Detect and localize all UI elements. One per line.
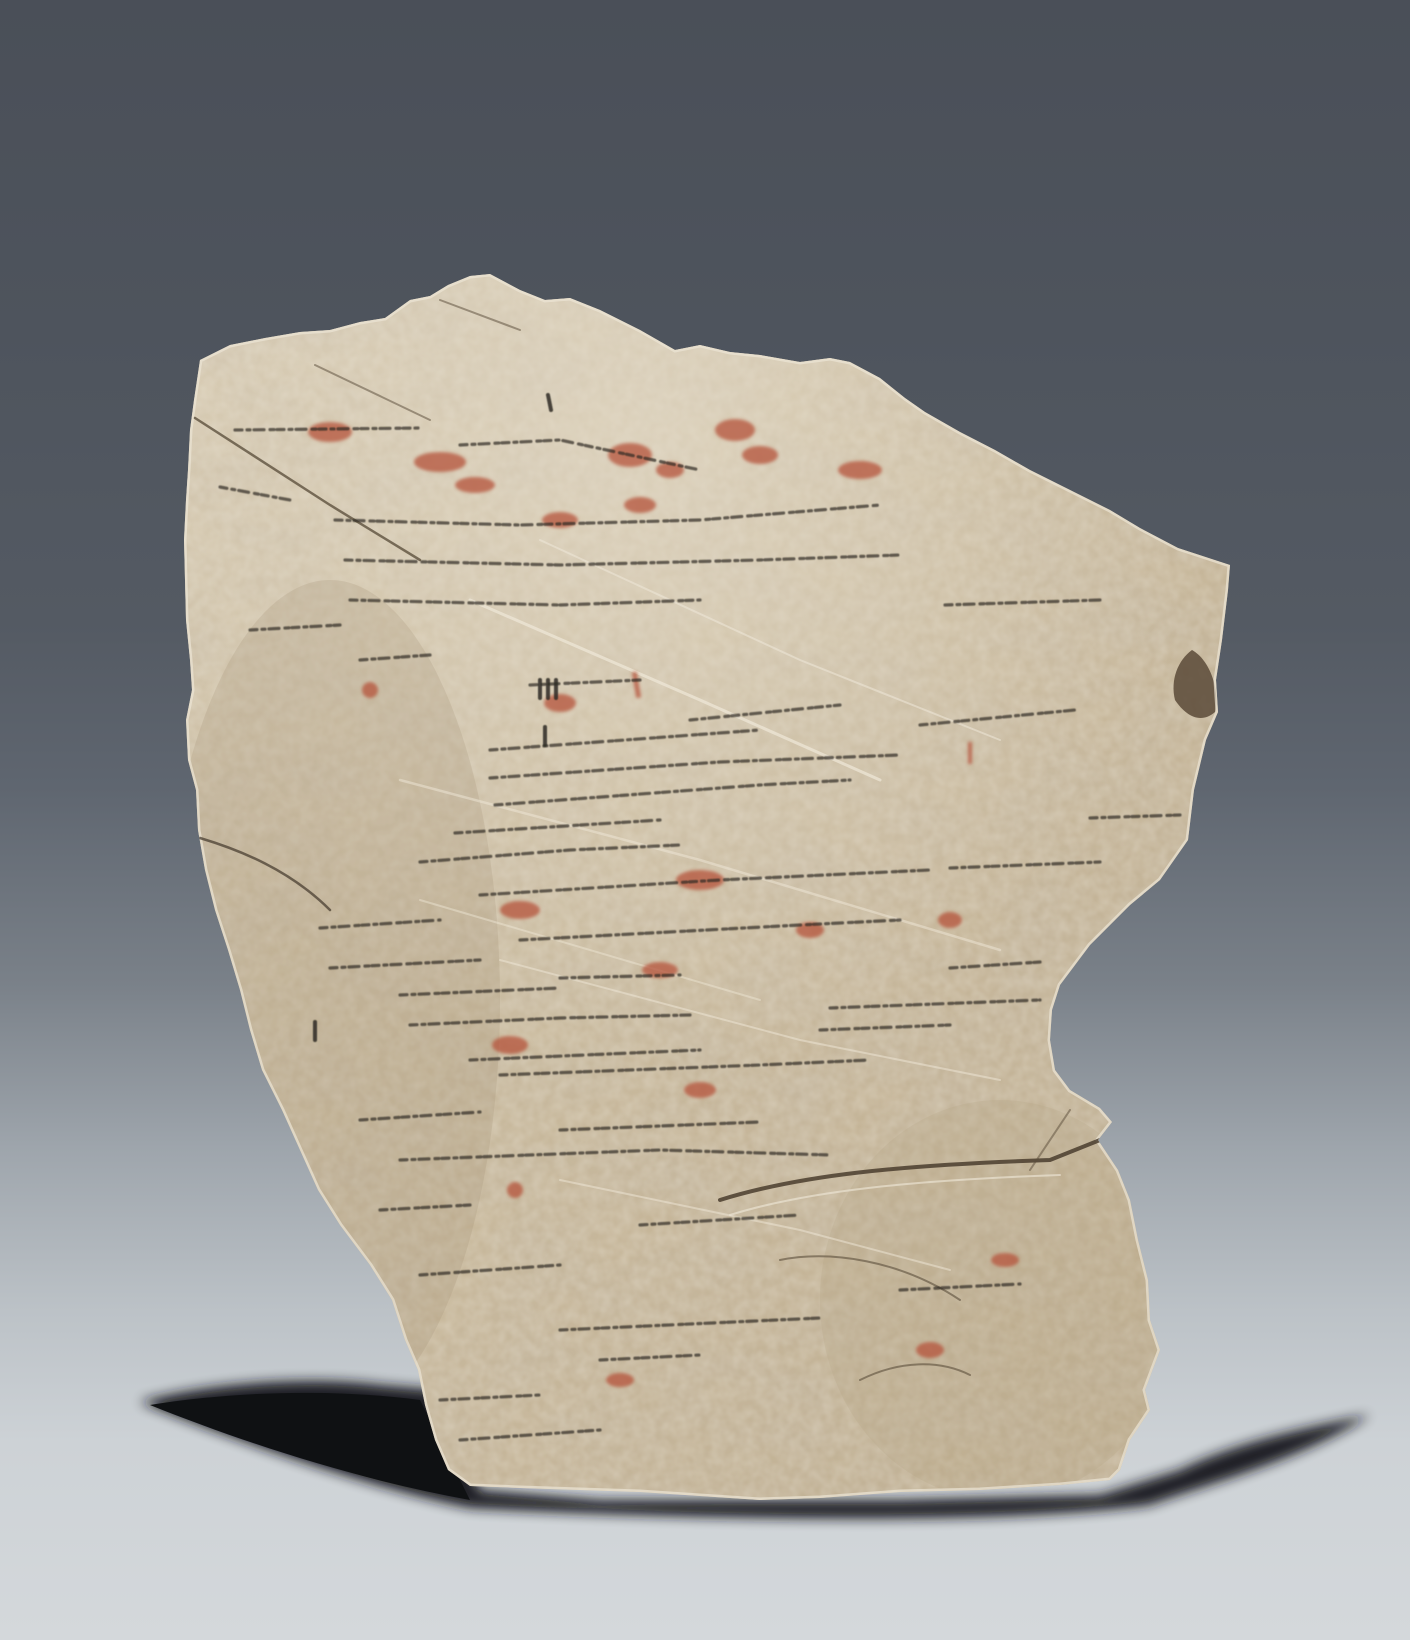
photo-scene	[0, 0, 1410, 1640]
ostracon	[150, 260, 1270, 1520]
ostracon-photo	[0, 0, 1410, 1640]
